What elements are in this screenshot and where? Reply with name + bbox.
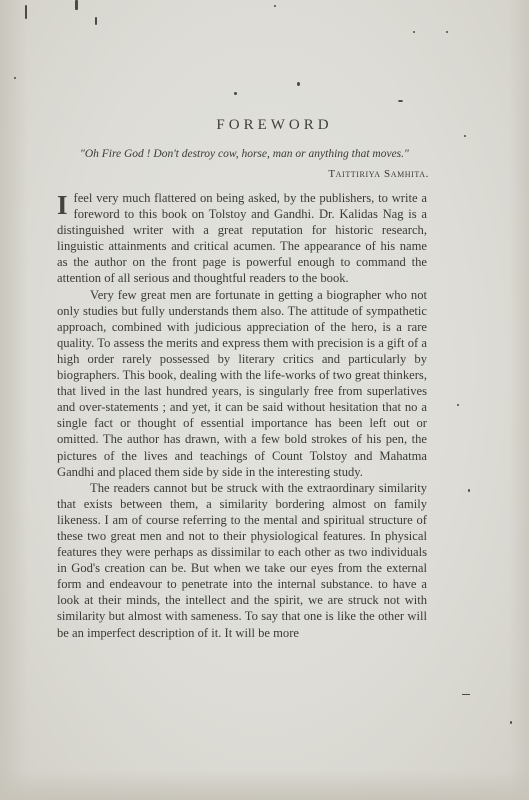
paper-speck [462,694,470,695]
paper-speck [457,404,459,406]
paragraph-1: I feel very much flattered on being aske… [57,190,427,287]
page-edge-shadow-bottom [0,770,529,800]
paper-speck [274,5,276,7]
paper-speck [446,31,448,33]
paper-speck [297,82,300,86]
paragraph-3: The readers cannot but be struck with th… [57,480,427,641]
foreword-body: I feel very much flattered on being aske… [57,190,427,641]
paper-speck [413,31,415,33]
drop-cap: I [57,192,68,218]
paper-speck [510,721,512,724]
paper-speck [95,17,97,25]
paragraph-text: Very few great men are fortunate in gett… [57,288,427,479]
paragraph-text: The readers cannot but be struck with th… [57,481,427,640]
paragraph-text: feel very much flattered on being asked,… [57,191,427,285]
epigraph-quote: "Oh Fire God ! Don't destroy cow, horse,… [80,148,409,160]
book-page: FOREWORD "Oh Fire God ! Don't destroy co… [0,0,529,800]
paragraph-2: Very few great men are fortunate in gett… [57,287,427,480]
paper-speck [464,135,466,137]
paper-speck [234,92,237,95]
paper-speck [398,100,403,102]
paper-speck [468,489,470,492]
paper-speck [25,5,27,19]
epigraph-attribution: Taittiriya Samhita. [328,168,429,180]
paper-speck [14,77,16,79]
page-title: FOREWORD [0,117,529,134]
paper-speck [75,0,78,10]
